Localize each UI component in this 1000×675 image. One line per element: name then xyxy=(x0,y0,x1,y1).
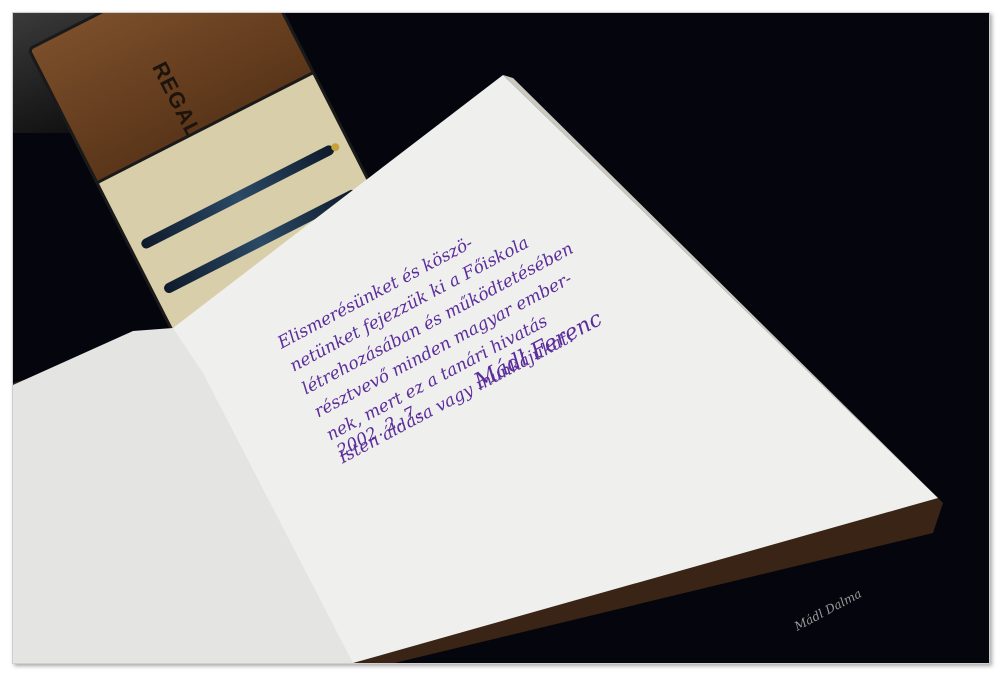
photo-frame: REGAL Elismerésünket és köszö- netünket … xyxy=(12,12,990,664)
